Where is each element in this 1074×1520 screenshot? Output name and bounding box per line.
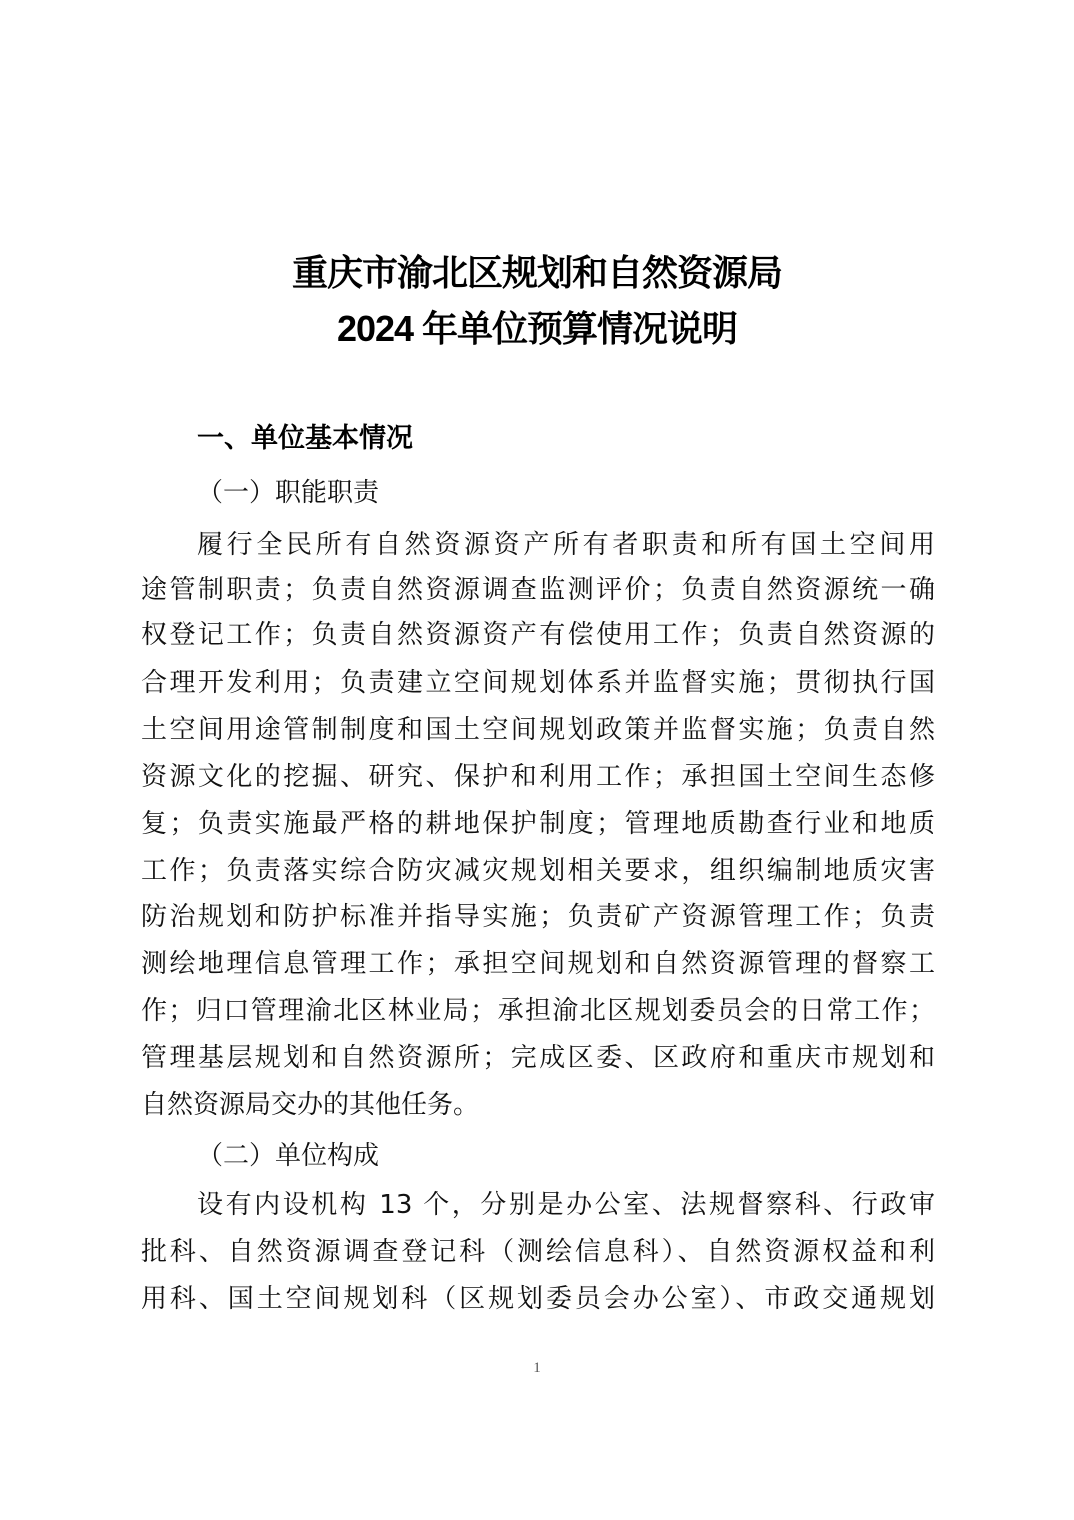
paragraph-line: 工作；负责落实综合防灾减灾规划相关要求，组织编制地质灾害 — [141, 853, 935, 889]
document-title-line1: 重庆市渝北区规划和自然资源局 — [0, 251, 1074, 295]
paragraph-line: 设有内设机构 13 个，分别是办公室、法规督察科、行政审 — [197, 1187, 935, 1223]
paragraph-line: 自然资源局交办的其他任务。 — [141, 1087, 935, 1123]
document-title-line2: 2024 年单位预算情况说明 — [0, 307, 1074, 351]
paragraph-line: 防治规划和防护标准并指导实施；负责矿产资源管理工作；负责 — [141, 899, 935, 935]
paragraph-line: 管理基层规划和自然资源所；完成区委、区政府和重庆市规划和 — [141, 1040, 935, 1076]
paragraph-line: 测绘地理信息管理工作；承担空间规划和自然资源管理的督察工 — [141, 946, 935, 982]
paragraph-line: 权登记工作；负责自然资源资产有偿使用工作；负责自然资源的 — [141, 617, 935, 653]
paragraph-line: 作；归口管理渝北区林业局；承担渝北区规划委员会的日常工作； — [141, 993, 935, 1029]
paragraph-line: 履行全民所有自然资源资产所有者职责和所有国土空间用 — [197, 527, 935, 563]
paragraph-line: 合理开发利用；负责建立空间规划体系并监督实施；贯彻执行国 — [141, 665, 935, 701]
paragraph-line: 途管制职责；负责自然资源调查监测评价；负责自然资源统一确 — [141, 572, 935, 608]
section-heading-basic-info: 一、单位基本情况 — [197, 421, 413, 457]
document-page: 重庆市渝北区规划和自然资源局 2024 年单位预算情况说明 一、单位基本情况 （… — [0, 0, 1074, 1520]
paragraph-line: 土空间用途管制制度和国土空间规划政策并监督实施；负责自然 — [141, 712, 935, 748]
paragraph-line: 批科、自然资源调查登记科（测绘信息科）、自然资源权益和利 — [141, 1234, 935, 1270]
paragraph-line: 用科、国土空间规划科（区规划委员会办公室）、市政交通规划 — [141, 1281, 935, 1317]
subsection-heading-composition: （二）单位构成 — [197, 1138, 379, 1174]
page-number: 1 — [0, 1358, 1074, 1378]
paragraph-line: 资源文化的挖掘、研究、保护和利用工作；承担国土空间生态修 — [141, 759, 935, 795]
paragraph-line: 复；负责实施最严格的耕地保护制度；管理地质勘查行业和地质 — [141, 806, 935, 842]
subsection-heading-duties: （一）职能职责 — [197, 475, 379, 511]
